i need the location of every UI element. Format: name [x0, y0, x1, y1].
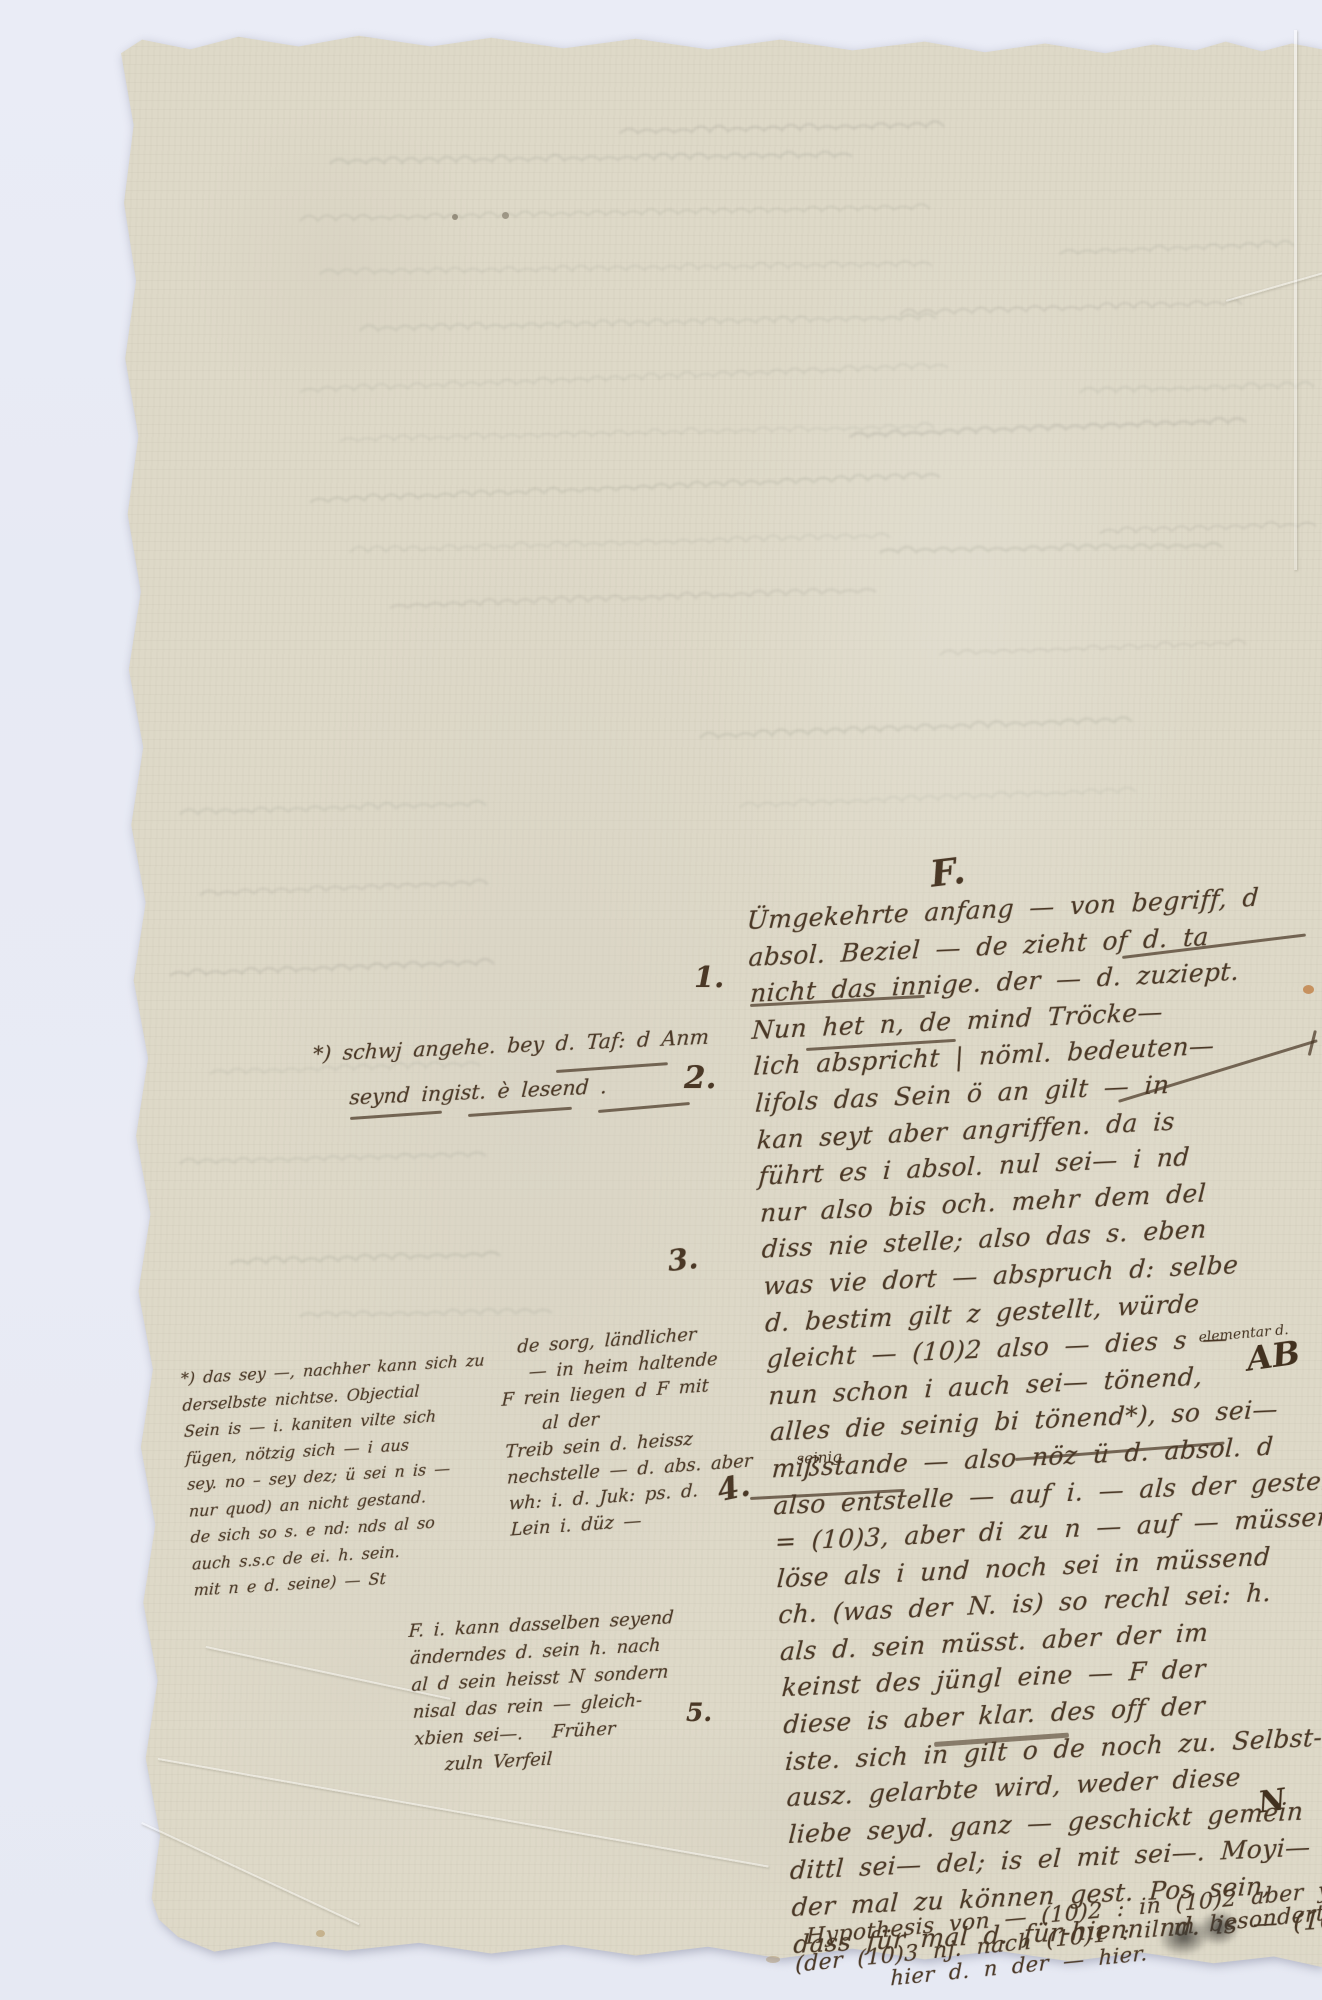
bleedthrough-ghost-line	[230, 1246, 491, 1276]
bleedthrough-ghost-line	[1080, 377, 1300, 404]
bleedthrough-ghost-line	[300, 199, 920, 233]
bleedthrough-ghost-line	[360, 309, 920, 343]
vertical-crease	[1294, 30, 1297, 570]
bleedthrough-ghost-line	[620, 117, 940, 146]
bleedthrough-ghost-line	[180, 796, 481, 827]
bleedthrough-ghost-line	[180, 1146, 480, 1176]
bleedthrough-ghost-line	[170, 954, 491, 988]
rust-stain-small	[316, 1930, 325, 1937]
bleedthrough-ghost-line	[300, 1303, 540, 1329]
middle-note-upper: de sorg, ländlicher — in heim haltendeF …	[497, 1314, 821, 1543]
bleedthrough-ghost-line	[320, 256, 920, 286]
tan-fleck	[766, 1956, 780, 1963]
rust-stain	[1303, 985, 1314, 994]
bleedthrough-ghost-line	[310, 468, 930, 515]
dark-speck	[452, 214, 458, 220]
bleedthrough-ghost-line	[1100, 517, 1301, 546]
bleedthrough-ghost-line	[940, 635, 1241, 667]
bleedthrough-ghost-line	[350, 527, 890, 564]
bleedthrough-ghost-line	[700, 712, 1121, 750]
bleedthrough-ghost-line	[340, 418, 920, 453]
bleedthrough-ghost-line	[200, 875, 481, 908]
bleedthrough-ghost-line	[300, 358, 940, 405]
section-number-1: 1.	[694, 960, 724, 994]
bleedthrough-ghost-line	[740, 782, 1121, 819]
bleedthrough-ghost-line	[1060, 236, 1291, 266]
inline-mark-n: N	[1256, 1782, 1288, 1820]
bleedthrough-ghost-line	[900, 295, 1231, 327]
bleedthrough-ghost-line	[330, 146, 850, 175]
manuscript-scan-page: F. Ümgekehrte anfang — von begriff, dabs…	[0, 0, 1322, 2000]
middle-note-lower: F. i. kann dasselben seyendänderndes d. …	[408, 1600, 756, 1780]
dark-speck	[502, 212, 509, 219]
page-heading-f: F.	[928, 850, 967, 896]
main-text-column: Ümgekehrte anfang — von begriff, dabsol.…	[746, 875, 1322, 1963]
interlinear-word-seinig: seinig	[796, 1448, 842, 1468]
bleedthrough-ghost-line	[390, 582, 870, 620]
section-number-3: 3.	[666, 1241, 700, 1278]
